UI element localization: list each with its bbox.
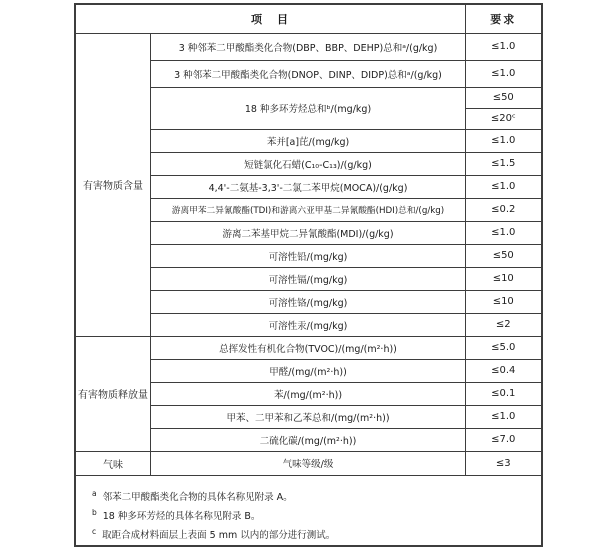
requirement-cell: ≤7.0 bbox=[466, 428, 542, 451]
header-item: 项 目 bbox=[75, 4, 466, 33]
requirement-cell: ≤10 bbox=[466, 267, 542, 290]
footnote-mark: c bbox=[92, 527, 96, 536]
requirement-cell: ≤50 bbox=[466, 87, 542, 108]
table-row: 有害物质含量 3 种邻苯二甲酸酯类化合物(DBP、BBP、DEHP)总和ᵃ/(g… bbox=[75, 33, 542, 60]
footnote-text: 18 种多环芳烃的具体名称见附录 B。 bbox=[103, 511, 261, 522]
requirement-cell: ≤5.0 bbox=[466, 336, 542, 359]
item-cell: 二硫化碳/(mg/(m²·h)) bbox=[151, 428, 466, 451]
footnote-mark: a bbox=[92, 489, 97, 498]
table-row: 有害物质释放量 总挥发性有机化合物(TVOC)/(mg/(m²·h)) ≤5.0 bbox=[75, 336, 542, 359]
item-cell: 游离二苯基甲烷二异氰酸酯(MDI)/(g/kg) bbox=[151, 221, 466, 244]
requirement-cell: ≤3 bbox=[466, 451, 542, 475]
header-row: 项 目 要求 bbox=[75, 4, 542, 33]
footnote-text: 取距合成材料面层上表面 5 mm 以内的部分进行测试。 bbox=[102, 530, 335, 541]
item-cell: 可溶性铅/(mg/kg) bbox=[151, 244, 466, 267]
footnote-mark: b bbox=[92, 508, 97, 517]
footnotes-cell: a邻苯二甲酸酯类化合物的具体名称见附录 A。 b18 种多环芳烃的具体名称见附录… bbox=[75, 475, 542, 546]
requirement-cell: ≤1.5 bbox=[466, 152, 542, 175]
item-cell: 甲醛/(mg/(m²·h)) bbox=[151, 359, 466, 382]
footnote: c取距合成材料面层上表面 5 mm 以内的部分进行测试。 bbox=[92, 522, 535, 541]
header-requirement: 要求 bbox=[466, 4, 542, 33]
requirement-cell: ≤1.0 bbox=[466, 60, 542, 87]
category-cell: 有害物质释放量 bbox=[75, 336, 151, 451]
requirement-cell: ≤20ᶜ bbox=[466, 108, 542, 129]
item-cell: 3 种邻苯二甲酸酯类化合物(DNOP、DINP、DIDP)总和ᵃ/(g/kg) bbox=[151, 60, 466, 87]
category-cell: 有害物质含量 bbox=[75, 33, 151, 336]
category-cell: 气味 bbox=[75, 451, 151, 475]
item-cell: 4,4'-二氨基-3,3'-二氯二苯甲烷(MOCA)/(g/kg) bbox=[151, 175, 466, 198]
table-wrapper: 项 目 要求 有害物质含量 3 种邻苯二甲酸酯类化合物(DBP、BBP、DEHP… bbox=[74, 3, 543, 547]
requirement-cell: ≤1.0 bbox=[466, 129, 542, 152]
requirement-cell: ≤0.4 bbox=[466, 359, 542, 382]
requirement-cell: ≤0.1 bbox=[466, 382, 542, 405]
requirement-cell: ≤1.0 bbox=[466, 221, 542, 244]
footnote: b18 种多环芳烃的具体名称见附录 B。 bbox=[92, 503, 535, 522]
footnote-text: 邻苯二甲酸酯类化合物的具体名称见附录 A。 bbox=[103, 492, 293, 503]
requirements-table: 项 目 要求 有害物质含量 3 种邻苯二甲酸酯类化合物(DBP、BBP、DEHP… bbox=[74, 3, 543, 547]
item-cell: 可溶性铬/(mg/kg) bbox=[151, 290, 466, 313]
requirement-cell: ≤1.0 bbox=[466, 405, 542, 428]
footnotes-row: a邻苯二甲酸酯类化合物的具体名称见附录 A。 b18 种多环芳烃的具体名称见附录… bbox=[75, 475, 542, 546]
item-cell: 气味等级/级 bbox=[151, 451, 466, 475]
item-cell: 可溶性汞/(mg/kg) bbox=[151, 313, 466, 336]
requirement-cell: ≤10 bbox=[466, 290, 542, 313]
requirement-cell: ≤0.2 bbox=[466, 198, 542, 221]
item-cell: 可溶性镉/(mg/kg) bbox=[151, 267, 466, 290]
item-cell: 游离甲苯二异氰酸酯(TDI)和游离六亚甲基二异氰酸酯(HDI)总和/(g/kg) bbox=[151, 198, 466, 221]
item-cell: 苯/(mg/(m²·h)) bbox=[151, 382, 466, 405]
item-cell: 3 种邻苯二甲酸酯类化合物(DBP、BBP、DEHP)总和ᵃ/(g/kg) bbox=[151, 33, 466, 60]
table-row: 气味 气味等级/级 ≤3 bbox=[75, 451, 542, 475]
requirement-cell: ≤50 bbox=[466, 244, 542, 267]
document-page: 项 目 要求 有害物质含量 3 种邻苯二甲酸酯类化合物(DBP、BBP、DEHP… bbox=[0, 0, 595, 549]
item-cell: 18 种多环芳烃总和ᵇ/(mg/kg) bbox=[151, 87, 466, 129]
requirement-cell: ≤2 bbox=[466, 313, 542, 336]
item-cell: 甲苯、二甲苯和乙苯总和/(mg/(m²·h)) bbox=[151, 405, 466, 428]
item-cell: 短链氯化石蜡(C₁₀-C₁₃)/(g/kg) bbox=[151, 152, 466, 175]
requirement-cell: ≤1.0 bbox=[466, 175, 542, 198]
item-cell: 苯并[a]芘/(mg/kg) bbox=[151, 129, 466, 152]
footnote: a邻苯二甲酸酯类化合物的具体名称见附录 A。 bbox=[92, 484, 535, 503]
requirement-cell: ≤1.0 bbox=[466, 33, 542, 60]
item-cell: 总挥发性有机化合物(TVOC)/(mg/(m²·h)) bbox=[151, 336, 466, 359]
